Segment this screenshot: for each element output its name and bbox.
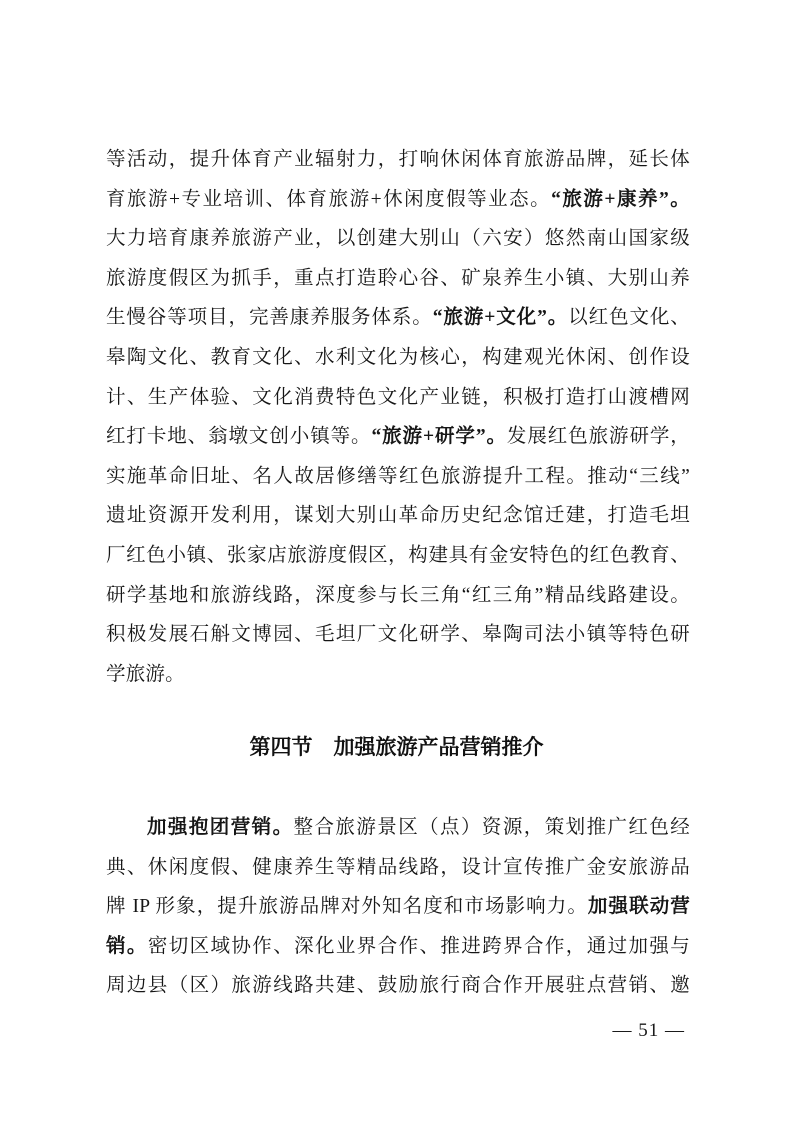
text-segment: 厂红色小镇、张家店旅游度假区，构建具有金安特色的红色教育、 <box>106 545 690 566</box>
text-line: 等活动，提升体育产业辐射力，打响休闲体育旅游品牌，延长体 <box>106 140 690 180</box>
text-line: 育旅游+专业培训、体育旅游+休闲度假等业态。“旅游+康养”。 <box>106 180 690 220</box>
text-segment: 周边县（区）旅游线路共建、鼓励旅行商合作开展驻点营销、邀 <box>106 975 690 996</box>
page-number: — 51 — <box>613 1018 686 1044</box>
text-segment: 典、休闲度假、健康养生等精品线路，设计宣传推广金安旅游品 <box>106 857 690 878</box>
body-paragraph-tourism-plus: 等活动，提升体育产业辐射力，打响休闲体育旅游品牌，延长体育旅游+专业培训、体育旅… <box>106 140 690 694</box>
text-segment: 积极发展石斛文博园、毛坦厂文化研学、皋陶司法小镇等特色研 <box>106 624 690 645</box>
text-segment: 育旅游+专业培训、体育旅游+休闲度假等业态。 <box>106 189 551 210</box>
text-line: 遗址资源开发利用，谋划大别山革命历史纪念馆迁建，打造毛坦 <box>106 496 690 536</box>
text-segment: 以红色文化、 <box>568 307 690 328</box>
document-page: { "document": { "section_heading": "第四节 … <box>0 0 793 1122</box>
text-segment: 计、生产体验、文化消费特色文化产业链，积极打造打山渡槽网 <box>106 387 690 408</box>
bold-text-segment: “旅游+康养”。 <box>551 189 690 210</box>
bold-text-segment: “旅游+文化”。 <box>433 307 568 328</box>
text-segment: 整合旅游景区（点）资源，策划推广红色经 <box>294 817 690 838</box>
text-line: 典、休闲度假、健康养生等精品线路，设计宣传推广金安旅游品 <box>106 848 690 888</box>
body-paragraph-marketing: 加强抱团营销。整合旅游景区（点）资源，策划推广红色经典、休闲度假、健康养生等精品… <box>106 808 690 1006</box>
text-line: 牌 IP 形象，提升旅游品牌对外知名度和市场影响力。加强联动营 <box>106 887 690 927</box>
text-line: 积极发展石斛文博园、毛坦厂文化研学、皋陶司法小镇等特色研 <box>106 615 690 655</box>
text-line: 销。密切区域协作、深化业界合作、推进跨界合作，通过加强与 <box>106 927 690 967</box>
text-line: 红打卡地、翁墩文创小镇等。“旅游+研学”。发展红色旅游研学， <box>106 417 690 457</box>
text-line: 皋陶文化、教育文化、水利文化为核心，构建观光休闲、创作设 <box>106 338 690 378</box>
text-segment: 红打卡地、翁墩文创小镇等。 <box>106 426 371 447</box>
text-segment: 密切区域协作、深化业界合作、推进跨界合作，通过加强与 <box>148 936 690 957</box>
text-line: 旅游度假区为抓手，重点打造聆心谷、矿泉养生小镇、大别山养 <box>106 259 690 299</box>
section-heading: 第四节 加强旅游产品营销推介 <box>0 728 793 768</box>
text-line: 大力培育康养旅游产业，以创建大别山（六安）悠然南山国家级 <box>106 219 690 259</box>
text-segment: 牌 IP 形象，提升旅游品牌对外知名度和市场影响力。 <box>106 896 588 917</box>
text-line: 厂红色小镇、张家店旅游度假区，构建具有金安特色的红色教育、 <box>106 536 690 576</box>
page-background: 等活动，提升体育产业辐射力，打响休闲体育旅游品牌，延长体育旅游+专业培训、体育旅… <box>0 0 793 1122</box>
text-segment: 旅游度假区为抓手，重点打造聆心谷、矿泉养生小镇、大别山养 <box>106 268 690 289</box>
text-segment: 遗址资源开发利用，谋划大别山革命历史纪念馆迁建，打造毛坦 <box>106 505 690 526</box>
bold-text-segment: “旅游+研学”。 <box>371 426 506 447</box>
text-line: 周边县（区）旅游线路共建、鼓励旅行商合作开展驻点营销、邀 <box>106 966 690 1006</box>
text-line: 学旅游。 <box>106 655 690 695</box>
text-segment: 大力培育康养旅游产业，以创建大别山（六安）悠然南山国家级 <box>106 228 690 249</box>
text-line: 研学基地和旅游线路，深度参与长三角“红三角”精品线路建设。 <box>106 576 690 616</box>
text-segment: 研学基地和旅游线路，深度参与长三角“红三角”精品线路建设。 <box>106 585 690 606</box>
text-segment: 生慢谷等项目，完善康养服务体系。 <box>106 307 433 328</box>
text-segment: 等活动，提升体育产业辐射力，打响休闲体育旅游品牌，延长体 <box>106 149 690 170</box>
bold-text-segment: 加强抱团营销。 <box>147 817 294 838</box>
text-line: 生慢谷等项目，完善康养服务体系。“旅游+文化”。以红色文化、 <box>106 298 690 338</box>
text-segment: 皋陶文化、教育文化、水利文化为核心，构建观光休闲、创作设 <box>106 347 690 368</box>
text-segment: 学旅游。 <box>106 664 185 685</box>
text-line: 计、生产体验、文化消费特色文化产业链，积极打造打山渡槽网 <box>106 378 690 418</box>
bold-text-segment: 销。 <box>106 936 148 957</box>
text-line: 实施革命旧址、名人故居修缮等红色旅游提升工程。推动“三线” <box>106 457 690 497</box>
bold-text-segment: 加强联动营 <box>588 896 690 917</box>
text-segment: 实施革命旧址、名人故居修缮等红色旅游提升工程。推动“三线” <box>106 466 690 487</box>
text-segment: 发展红色旅游研学， <box>507 426 690 447</box>
text-line: 加强抱团营销。整合旅游景区（点）资源，策划推广红色经 <box>106 808 690 848</box>
